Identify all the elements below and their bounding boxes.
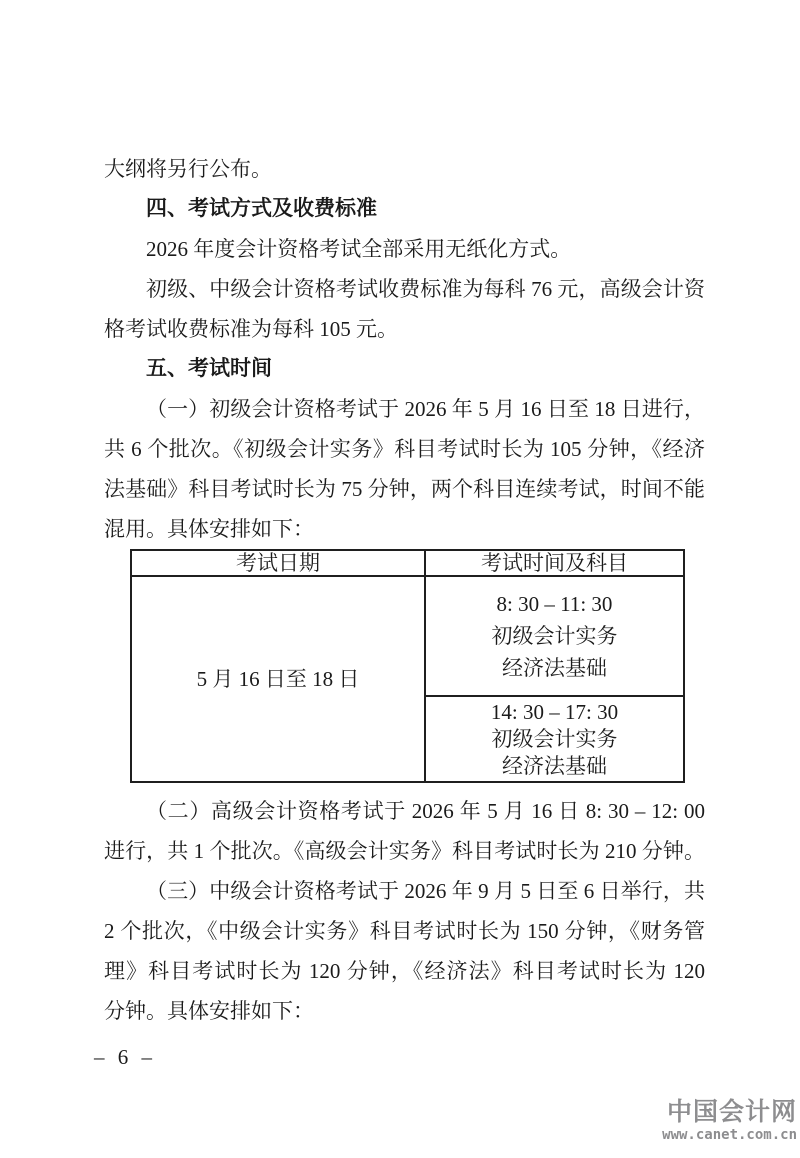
text-line: 2026 年度会计资格考试全部采用无纸化方式。: [104, 229, 705, 269]
text-line: 共 6 个批次。《初级会计实务》科目考试时长为 105 分钟，《经济: [104, 429, 705, 469]
text-line: 大纲将另行公布。: [104, 149, 705, 189]
document-page: 大纲将另行公布。 四、考试方式及收费标准 2026 年度会计资格考试全部采用无纸…: [0, 0, 800, 1158]
text-line: 分钟。具体安排如下：: [104, 991, 705, 1031]
document-body: 大纲将另行公布。 四、考试方式及收费标准 2026 年度会计资格考试全部采用无纸…: [104, 149, 705, 1031]
table-header-time-subjects: 考试时间及科目: [425, 550, 684, 576]
table-header-exam-date: 考试日期: [131, 550, 425, 576]
session-time: 14: 30 – 17: 30: [426, 699, 683, 726]
watermark-site-url: www.canet.com.cn: [662, 1128, 797, 1143]
text-line: 混用。具体安排如下：: [104, 509, 705, 549]
section-heading: 四、考试方式及收费标准: [104, 189, 705, 229]
table-header-row: 考试日期 考试时间及科目: [131, 550, 684, 576]
text-line: （二）高级会计资格考试于 2026 年 5 月 16 日 8: 30 – 12:…: [104, 791, 705, 831]
watermark-site-name: 中国会计网: [662, 1099, 797, 1127]
session-subject: 初级会计实务: [426, 726, 683, 753]
text-line: 法基础》科目考试时长为 75 分钟，两个科目连续考试，时间不能: [104, 469, 705, 509]
text-line: 理》科目考试时长为 120 分钟，《经济法》科目考试时长为 120: [104, 951, 705, 991]
table-cell-exam-date: 5 月 16 日至 18 日: [131, 576, 425, 782]
session-subject: 经济法基础: [426, 652, 683, 684]
text-line: 2 个批次，《中级会计实务》科目考试时长为 150 分钟，《财务管: [104, 911, 705, 951]
text-line: 初级、中级会计资格考试收费标准为每科 76 元，高级会计资: [104, 269, 705, 309]
exam-schedule-table: 考试日期 考试时间及科目 5 月 16 日至 18 日 8: 30 – 11: …: [130, 549, 685, 783]
section-heading: 五、考试时间: [104, 349, 705, 389]
session-subject: 初级会计实务: [426, 620, 683, 652]
text-line: 格考试收费标准为每科 105 元。: [104, 309, 705, 349]
session-subject: 经济法基础: [426, 753, 683, 780]
watermark: 中国会计网 www.canet.com.cn: [662, 1099, 797, 1143]
session-time: 8: 30 – 11: 30: [426, 588, 683, 620]
text-line: （一）初级会计资格考试于 2026 年 5 月 16 日至 18 日进行，: [104, 389, 705, 429]
table-row: 5 月 16 日至 18 日 8: 30 – 11: 30 初级会计实务 经济法…: [131, 576, 684, 696]
text-line: 进行，共 1 个批次。《高级会计实务》科目考试时长为 210 分钟。: [104, 831, 705, 871]
text-line: （三）中级会计资格考试于 2026 年 9 月 5 日至 6 日举行，共: [104, 871, 705, 911]
table-cell-afternoon-session: 14: 30 – 17: 30 初级会计实务 经济法基础: [425, 696, 684, 782]
table-cell-morning-session: 8: 30 – 11: 30 初级会计实务 经济法基础: [425, 576, 684, 696]
page-number: – 6 –: [94, 1045, 156, 1070]
